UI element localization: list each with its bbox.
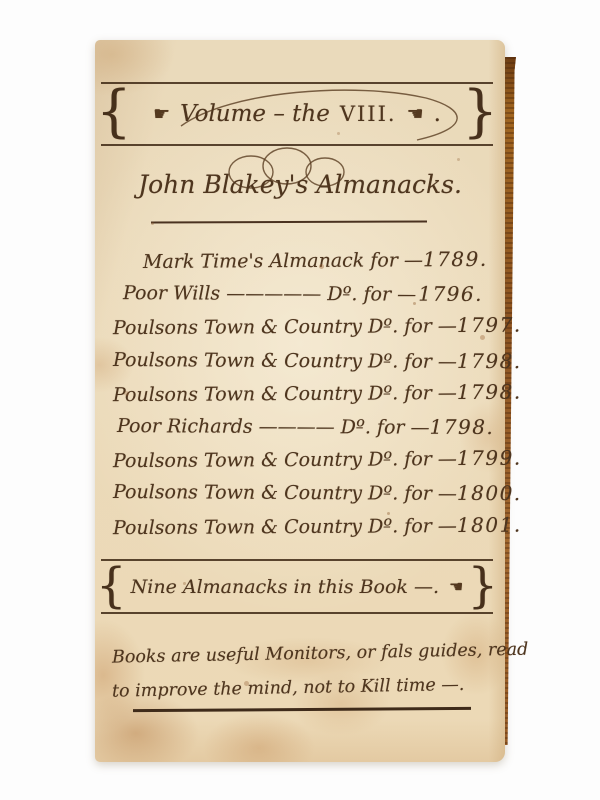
entry-item-label: Poulsons Town & Country Dº. for — xyxy=(113,515,457,539)
entry-year: 1797. xyxy=(457,313,522,337)
count-banner-content: Nine Almanacks in this Book —. ☚ xyxy=(101,561,493,612)
entry-year: 1800. xyxy=(457,481,522,505)
almanack-entry: Poor Wills ————— Dº. for — 1796. xyxy=(113,280,483,315)
manuscript-photo: { } ☛ Volume – the VIII. ☚ . John Blakey… xyxy=(0,0,600,800)
almanack-entry: Poulsons Town & Country Dº. for — 1800. xyxy=(113,479,483,514)
entry-year: 1798. xyxy=(457,379,522,403)
entry-year: 1798. xyxy=(457,348,522,372)
quote-line-2: to improve the mind, not to Kill time —. xyxy=(112,667,493,708)
entry-item-label: Poor Richards ———— Dº. for — xyxy=(117,415,430,439)
entry-year: 1796. xyxy=(418,282,483,306)
almanack-list: Mark Time's Almanack for — 1789. Poor Wi… xyxy=(113,248,483,547)
entry-year: 1799. xyxy=(457,446,522,470)
motto-quote: Books are useful Monitors, or fals guide… xyxy=(112,637,492,705)
manuscript-page: { } ☛ Volume – the VIII. ☚ . John Blakey… xyxy=(95,40,505,762)
bottom-divider-rule xyxy=(133,707,471,712)
entry-year: 1798. xyxy=(429,415,494,439)
manicule-left-icon: ☚ xyxy=(407,103,424,125)
entry-item-label: Poor Wills ————— Dº. for — xyxy=(123,282,416,306)
foxing-specks xyxy=(95,40,98,43)
entry-item-label: Poulsons Town & Country Dº. for — xyxy=(113,315,457,339)
volume-banner-content: ☛ Volume – the VIII. ☚ . xyxy=(101,84,493,144)
entry-item-label: Poulsons Town & Country Dº. for — xyxy=(113,349,457,373)
entry-item-label: Poulsons Town & Country Dº. for — xyxy=(113,382,457,406)
almanack-entry: Poulsons Town & Country Dº. for — 1797. xyxy=(113,313,483,348)
entry-year: 1801. xyxy=(457,512,522,536)
entry-item-label: Poulsons Town & Country Dº. for — xyxy=(113,448,457,472)
manicule-left-icon: ☚ xyxy=(449,577,463,596)
entry-item-label: Poulsons Town & Country Dº. for — xyxy=(113,481,457,505)
title-divider-rule xyxy=(151,221,427,224)
almanack-entry: Poulsons Town & Country Dº. for — 1801. xyxy=(113,512,483,547)
almanack-entry: Mark Time's Almanack for — 1789. xyxy=(113,247,483,282)
volume-banner: { } ☛ Volume – the VIII. ☚ . xyxy=(101,82,493,146)
almanack-entry: Poulsons Town & Country Dº. for — 1798. xyxy=(113,347,483,382)
entry-year: 1789. xyxy=(423,247,488,271)
count-banner: { } Nine Almanacks in this Book —. ☚ xyxy=(101,559,493,614)
almanack-entry: Poor Richards ———— Dº. for — 1798. xyxy=(113,413,483,448)
banner-period: . xyxy=(434,101,441,127)
entry-item-label: Mark Time's Almanack for — xyxy=(143,249,423,273)
volume-label: Volume – the xyxy=(180,101,330,127)
almanack-entry: Poulsons Town & Country Dº. for — 1798. xyxy=(113,380,483,415)
manicule-right-icon: ☛ xyxy=(153,103,170,125)
count-label: Nine Almanacks in this Book —. xyxy=(131,576,439,598)
almanack-entry: Poulsons Town & Country Dº. for — 1799. xyxy=(113,446,483,481)
page-title: John Blakey's Almanacks. xyxy=(95,170,505,199)
volume-numeral: VIII. xyxy=(340,102,397,126)
